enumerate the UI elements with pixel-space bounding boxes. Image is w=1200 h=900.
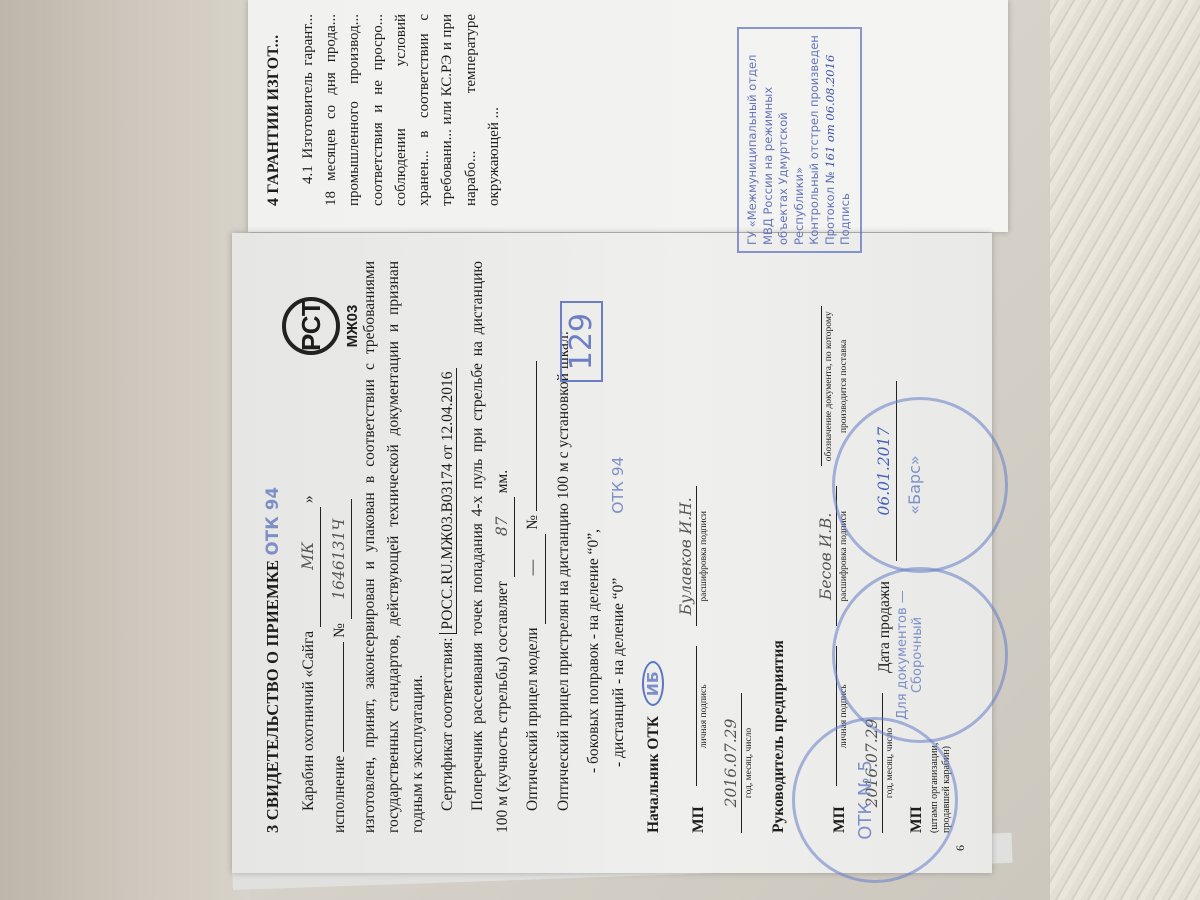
assembly-round-stamp: Для документов — Сборочный [832,567,1008,743]
acceptance-certificate-page: 3 СВИДЕТЕЛЬСТВО О ПРИЕМКЕ ОТК 94 РСТ МЖ0… [232,233,992,873]
serial-number-field: 1646131Ч [327,499,352,619]
inspector-badge-stamp: ИБ [642,661,664,706]
dispersion-value: 87 [490,497,515,577]
rst-certification-logo: РСТ МЖ03 [282,291,361,361]
certificate-line: Сертификат соответствия: РОСС.RU.МЖ03.В0… [436,261,460,833]
otk-signature: Булавков И.Н. [674,486,697,626]
acceptance-text: изготовлен, принят, законсервирован и уп… [358,261,430,833]
model-field: МК [296,507,321,627]
otk-header-stamp: ОТК 94 [263,487,282,556]
otk-inline-stamp: ОТК 94 [609,456,627,513]
director-signature: Бесов И.В. [814,486,837,626]
dispersion-line: Поперечник рассеивания точек попадания 4… [466,261,515,833]
certificate-number: РОСС.RU.МЖ03.В03174 от 12.04.2016 [439,369,457,634]
table-surface [1050,0,1200,900]
optic-model-line: Оптический прицел модели — № [521,261,546,833]
optic-model-field: — [521,534,546,624]
protocol-number: 161 от 06.08.2016 [823,55,837,168]
director-label: Руководитель предприятия [767,261,791,833]
seller-round-stamp: «Барс» [832,397,1008,573]
clause-4-1: 4.1 Изготовитель гарант... 18 месяцев со… [297,14,506,206]
police-control-stamp: ГУ «Межмуниципальный отдел МВД России на… [737,27,862,253]
inspector-number-stamp: 129 [560,301,603,382]
rst-mark-icon: РСТ [282,297,340,355]
background-left [0,0,250,900]
otk-head-block: Начальник ОТК ИБ [641,261,666,833]
zeroing-distance: - дистанций - на деление “0” ОТК 94 [606,261,631,833]
warranty-page: 4 ГАРАНТИИ ИЗГОТ... 4.1 Изготовитель гар… [248,0,1008,232]
otk-date: 2016.07.29 [719,693,742,833]
section-4-title: 4 ГАРАНТИИ ИЗГОТ... [262,14,287,206]
page-number: 6 [953,845,968,851]
